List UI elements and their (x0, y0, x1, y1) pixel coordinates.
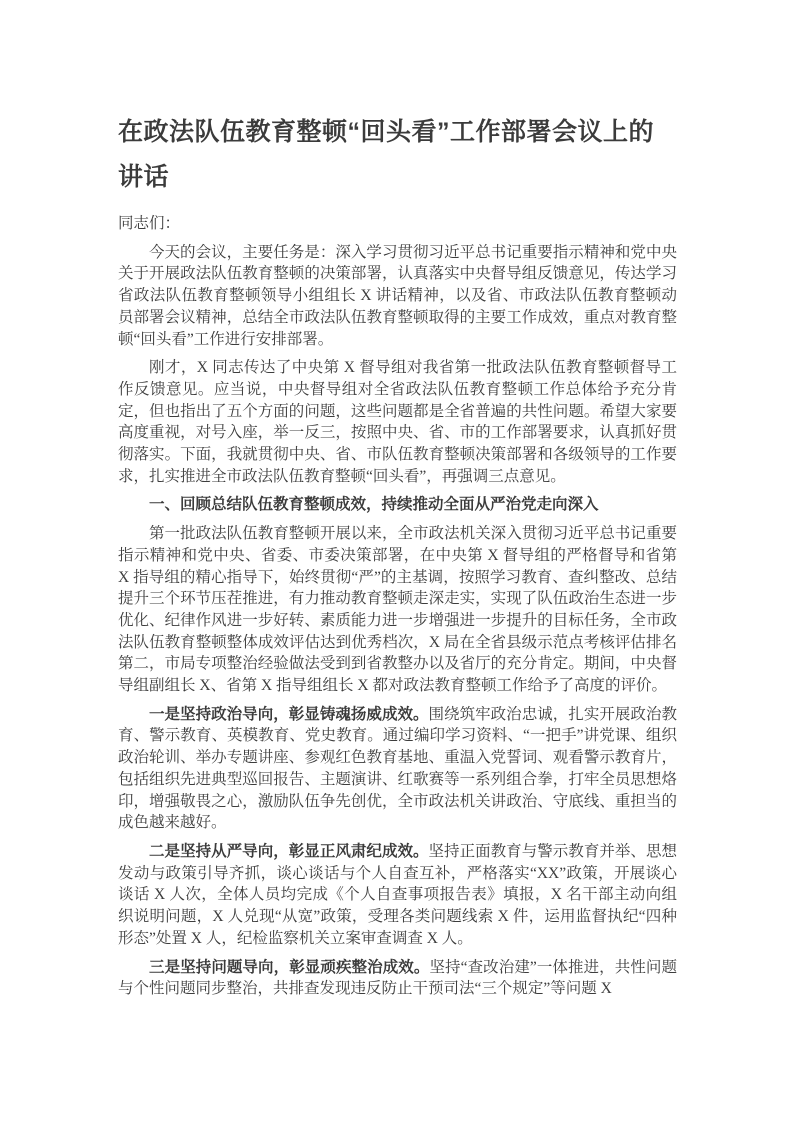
section-paragraph-2-text: 围绕筑牢政治忠诚，扎实开展政治教育、警示教育、英模教育、党史教育。通过编印学习资… (118, 706, 677, 832)
section-paragraph-1: 第一批政法队伍教育整顿开展以来，全市政法机关深入贯彻习近平总书记重要指示精神和党… (118, 523, 677, 697)
section-paragraph-2-lead: 一是坚持政治导向，彰显铸魂扬威成效。 (149, 706, 429, 723)
section-paragraph-4-lead: 三是坚持问题导向，彰显顽疾整治成效。 (149, 959, 429, 976)
section-paragraph-3-lead: 二是坚持从严导向，彰显正风肃纪成效。 (149, 843, 429, 860)
section-heading-1: 一、回顾总结队伍教育整顿成效，持续推动全面从严治党走向深入 (118, 494, 677, 516)
section-paragraph-4: 三是坚持问题导向，彰显顽疾整治成效。坚持“查改治建”一体推进，共性问题与个性问题… (118, 957, 677, 1000)
document-page: 在政法队伍教育整顿“回头看”工作部署会议上的讲话 同志们： 今天的会议，主要任务… (0, 0, 793, 1122)
section-paragraph-3: 二是坚持从严导向，彰显正风肃纪成效。坚持正面教育与警示教育并举、思想发动与政策引… (118, 841, 677, 950)
intro-paragraph-2: 刚才，X 同志传达了中央第 X 督导组对我省第一批政法队伍教育整顿督导工作反馈意… (118, 357, 677, 487)
intro-paragraph-1: 今天的会议，主要任务是：深入学习贯彻习近平总书记重要指示精神和党中央关于开展政法… (118, 242, 677, 351)
section-paragraph-2: 一是坚持政治导向，彰显铸魂扬威成效。围绕筑牢政治忠诚，扎实开展政治教育、警示教育… (118, 704, 677, 834)
document-body: 同志们： 今天的会议，主要任务是：深入学习贯彻习近平总书记重要指示精神和党中央关… (118, 213, 677, 1000)
section-paragraph-1-text: 第一批政法队伍教育整顿开展以来，全市政法机关深入贯彻习近平总书记重要指示精神和党… (118, 525, 677, 694)
salutation: 同志们： (118, 213, 677, 235)
document-title: 在政法队伍教育整顿“回头看”工作部署会议上的讲话 (118, 110, 677, 200)
